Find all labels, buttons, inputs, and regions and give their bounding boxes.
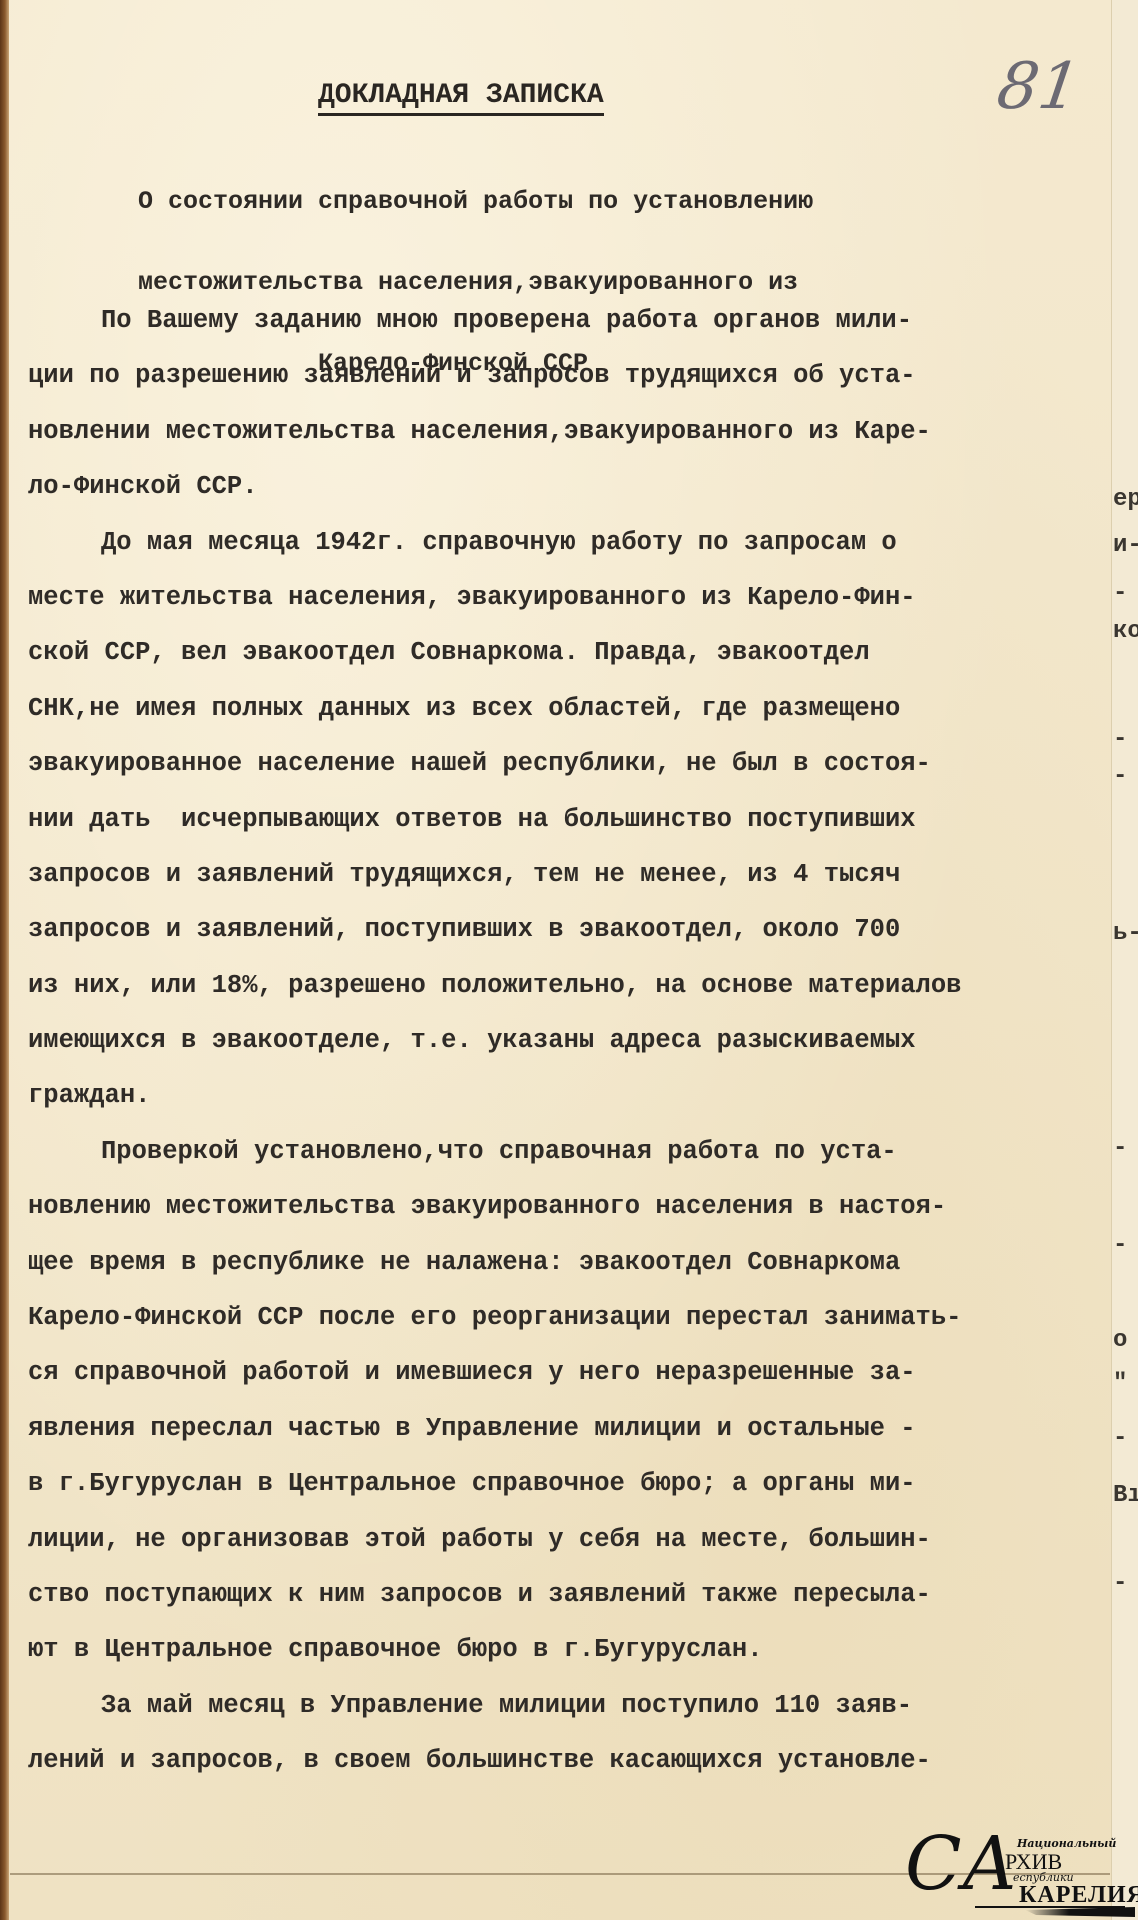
document-body: По Вашему заданию мною проверена работа … [28,293,1088,1789]
archival-page: 81 ДОКЛАДНАЯ ЗАПИСКА О состоянии справоч… [0,0,1138,1920]
logo-monogram: СА [905,1827,1018,1901]
body-line: ство поступающих к ним запросов и заявле… [28,1567,1088,1622]
subtitle-line: местожительства населения,эвакуированног… [138,269,813,296]
body-line: За май месяц в Управление милиции поступ… [28,1678,1088,1733]
body-line: новлении местожительства населения,эваку… [28,404,1088,459]
body-line: новлению местожительства эвакуированного… [28,1179,1088,1234]
margin-fragment: - [1113,1570,1127,1597]
subtitle-line: О состоянии справочной работы по установ… [138,188,813,215]
body-line: лений и запросов, в своем большинстве ка… [28,1733,1088,1788]
body-line: щее время в республике не налажена: эвак… [28,1235,1088,1290]
margin-fragment: - [1113,763,1127,790]
body-line: лиции, не организовав этой работы у себя… [28,1512,1088,1567]
adjacent-page-strip [1111,0,1138,1920]
body-line: ют в Центральное справочное бюро в г.Буг… [28,1622,1088,1677]
document-title: ДОКЛАДНАЯ ЗАПИСКА [318,80,604,116]
margin-fragment: - [1113,1232,1127,1259]
margin-fragment: - [1113,580,1127,607]
body-line: ции по разрешению заявлений и запросов т… [28,348,1088,403]
body-line: До мая месяца 1942г. справочную работу п… [28,515,1088,570]
body-line: месте жительства населения, эвакуированн… [28,570,1088,625]
body-line: имеющихся в эвакоотделе, т.е. указаны ад… [28,1013,1088,1068]
body-line: Карело-Финской ССР после его реорганизац… [28,1290,1088,1345]
body-line: нии дать исчерпывающих ответов на больши… [28,792,1088,847]
body-line: По Вашему заданию мною проверена работа … [28,293,1088,348]
page-binding-edge [0,0,9,1920]
body-line: в г.Бугуруслан в Центральное справочное … [28,1456,1088,1511]
body-line: эвакуированное население нашей республик… [28,736,1088,791]
margin-fragment: о [1113,1327,1127,1354]
body-line: СНК,не имея полных данных из всех област… [28,681,1088,736]
body-line: ло-Финской ССР. [28,459,1088,514]
body-line: запросов и заявлений, поступивших в эвак… [28,902,1088,957]
body-line: явления переслал частью в Управление мил… [28,1401,1088,1456]
margin-fragment: ь- [1113,920,1138,947]
margin-fragment: ко [1113,618,1138,645]
archive-watermark-logo: СА Национальный РХИВ еспублики КАРЕЛИЯ [905,1827,1135,1917]
body-line: ся справочной работой и имевшиеся у него… [28,1345,1088,1400]
folio-number: 81 [993,50,1085,124]
margin-fragment: " [1113,1370,1127,1397]
margin-fragment: - [1113,1425,1127,1452]
body-line: запросов и заявлений трудящихся, тем не … [28,847,1088,902]
logo-line-4: КАРЕЛИЯ [1019,1882,1138,1909]
body-line: ской ССР, вел эвакоотдел Совнаркома. Пра… [28,625,1088,680]
body-line: Проверкой установлено,что справочная раб… [28,1124,1088,1179]
body-line: граждан. [28,1068,1088,1123]
margin-fragment: и- [1113,532,1138,559]
margin-fragment: - [1113,1135,1127,1162]
margin-fragment: ер [1113,486,1138,513]
logo-rule [975,1906,1125,1908]
body-line: из них, или 18%, разрешено положительно,… [28,958,1088,1013]
margin-fragment: Вı [1113,1482,1138,1509]
margin-fragment: - [1113,726,1127,753]
